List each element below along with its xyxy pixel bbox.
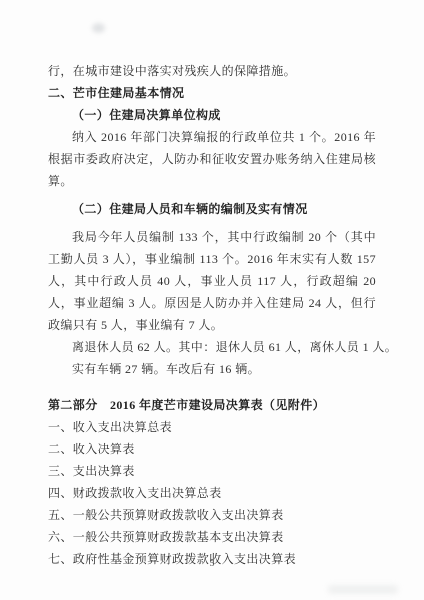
scan-smudge-artifact — [92, 23, 105, 33]
paragraph-vehicles: 实有车辆 27 辆。车改后有 16 辆。 — [48, 358, 376, 380]
appendix-list-item: 五、一般公共预算财政拨款收入支出决算表 — [48, 504, 376, 526]
appendix-table-list: 一、收入支出决算总表 二、收入决算表 三、支出决算表 四、财政拨款收入支出决算总… — [48, 416, 376, 570]
appendix-list-item: 二、收入决算表 — [48, 438, 376, 460]
subsection-heading-1: （一）住建局决算单位构成 — [48, 104, 376, 126]
section-heading: 二、芒市住建局基本情况 — [48, 82, 376, 104]
paragraph-staffing: 我局今年人员编制 133 个，其中行政编制 20 个（其中工勤人员 3 人），事… — [48, 226, 376, 336]
appendix-list-item: 一、收入支出决算总表 — [48, 416, 376, 438]
document-content: 行，在城市建设中落实对残疾人的保障措施。 二、芒市住建局基本情况 （一）住建局决… — [48, 60, 376, 570]
scan-shadow-artifact — [328, 585, 398, 594]
appendix-list-item: 三、支出决算表 — [48, 460, 376, 482]
page-number: 5 — [0, 558, 424, 570]
appendix-list-item: 四、财政拨款收入支出决算总表 — [48, 482, 376, 504]
subsection-heading-2: （二）住建局人员和车辆的编制及实有情况 — [48, 198, 376, 220]
body-continuation-line: 行，在城市建设中落实对残疾人的保障措施。 — [48, 60, 376, 82]
appendix-list-item: 六、一般公共预算财政拨款基本支出决算表 — [48, 526, 376, 548]
document-page: 行，在城市建设中落实对残疾人的保障措施。 二、芒市住建局基本情况 （一）住建局决… — [0, 0, 424, 600]
part2-heading: 第二部分 2016 年度芒市建设局决算表（见附件） — [48, 394, 376, 416]
paragraph-retirees: 离退休人员 62 人。其中：退休人员 61 人，离休人员 1 人。 — [48, 336, 376, 358]
paragraph-unit-composition: 纳入 2016 年部门决算编报的行政单位共 1 个。2016 年根据市委政府决定… — [48, 126, 376, 192]
